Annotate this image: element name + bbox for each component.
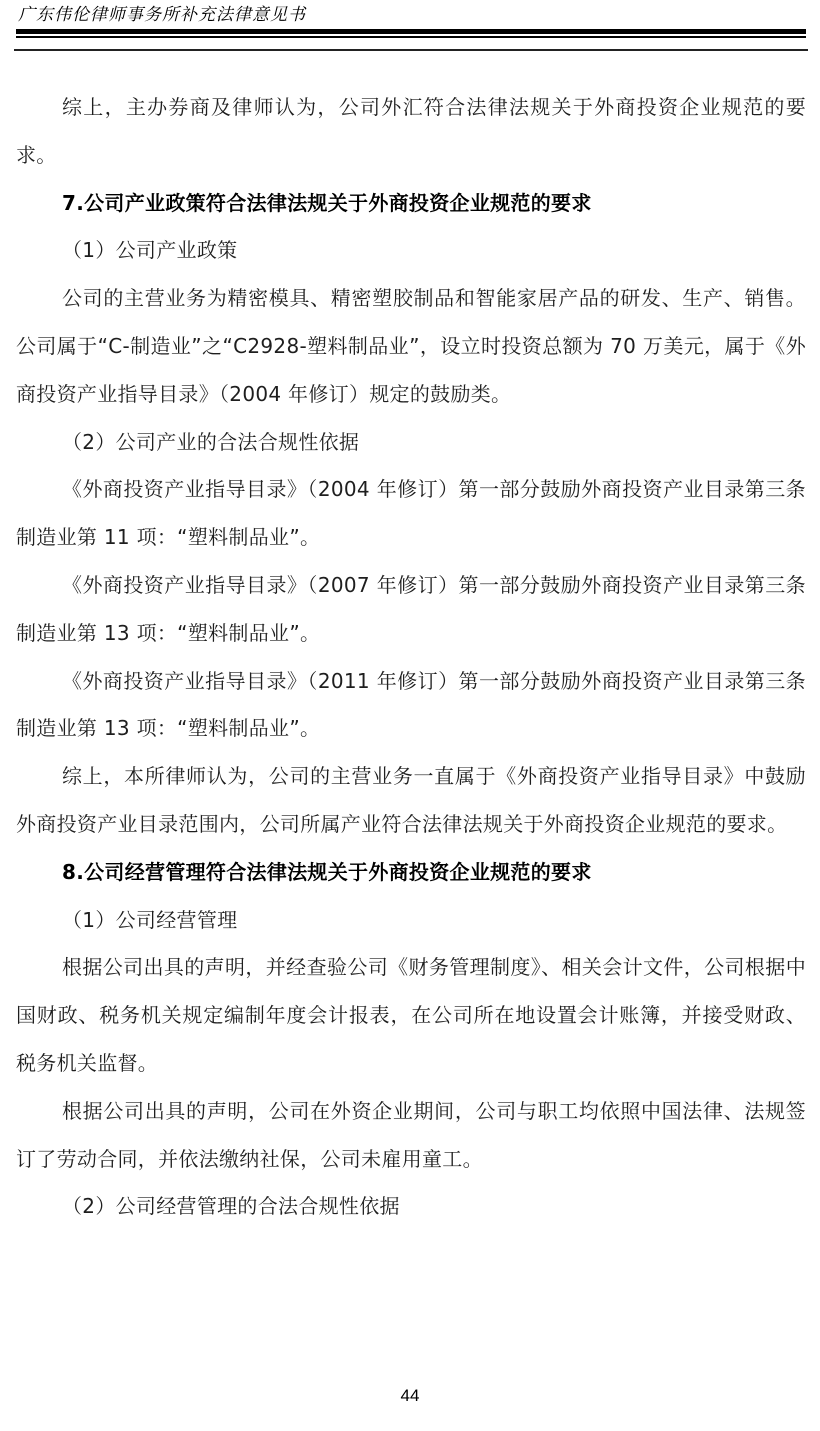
paragraph-industry-conclusion: 综上，本所律师认为，公司的主营业务一直属于《外商投资产业指导目录》中鼓励外商投资… <box>16 753 806 849</box>
paragraph-main-business: 公司的主营业务为精密模具、精密塑胶制品和智能家居产品的研发、生产、销售。公司属于… <box>16 275 806 418</box>
paragraph-forex-conclusion: 综上，主办券商及律师认为，公司外汇符合法律法规关于外商投资企业规范的要求。 <box>16 84 806 180</box>
header-rule-thin <box>16 36 806 38</box>
subheading-industry-basis: （2）公司产业的合法合规性依据 <box>16 419 806 467</box>
paragraph-financial-management: 根据公司出具的声明，并经查验公司《财务管理制度》、相关会计文件，公司根据中国财政… <box>16 944 806 1087</box>
paragraph-catalog-2004: 《外商投资产业指导目录》（2004 年修订）第一部分鼓励外商投资产业目录第三条制… <box>16 466 806 562</box>
section-heading-7: 7.公司产业政策符合法律法规关于外商投资企业规范的要求 <box>16 180 806 228</box>
page-header: 广东伟伦律师事务所补充法律意见书 <box>14 4 806 26</box>
header-separator <box>14 49 808 51</box>
paragraph-catalog-2007: 《外商投资产业指导目录》（2007 年修订）第一部分鼓励外商投资产业目录第三条制… <box>16 562 806 658</box>
header-title: 广东伟伦律师事务所补充法律意见书 <box>14 4 806 26</box>
paragraph-catalog-2011: 《外商投资产业指导目录》（2011 年修订）第一部分鼓励外商投资产业目录第三条制… <box>16 658 806 754</box>
subheading-industry-policy: （1）公司产业政策 <box>16 227 806 275</box>
section-heading-8: 8.公司经营管理符合法律法规关于外商投资企业规范的要求 <box>16 849 806 897</box>
subheading-operation-management: （1）公司经营管理 <box>16 897 806 945</box>
header-rule-thick <box>16 29 806 34</box>
page-number: 44 <box>0 1386 820 1406</box>
paragraph-labor-contracts: 根据公司出具的声明，公司在外资企业期间，公司与职工均依照中国法律、法规签订了劳动… <box>16 1088 806 1184</box>
subheading-operation-basis: （2）公司经营管理的合法合规性依据 <box>16 1183 806 1231</box>
document-body: 综上，主办券商及律师认为，公司外汇符合法律法规关于外商投资企业规范的要求。 7.… <box>16 84 806 1231</box>
